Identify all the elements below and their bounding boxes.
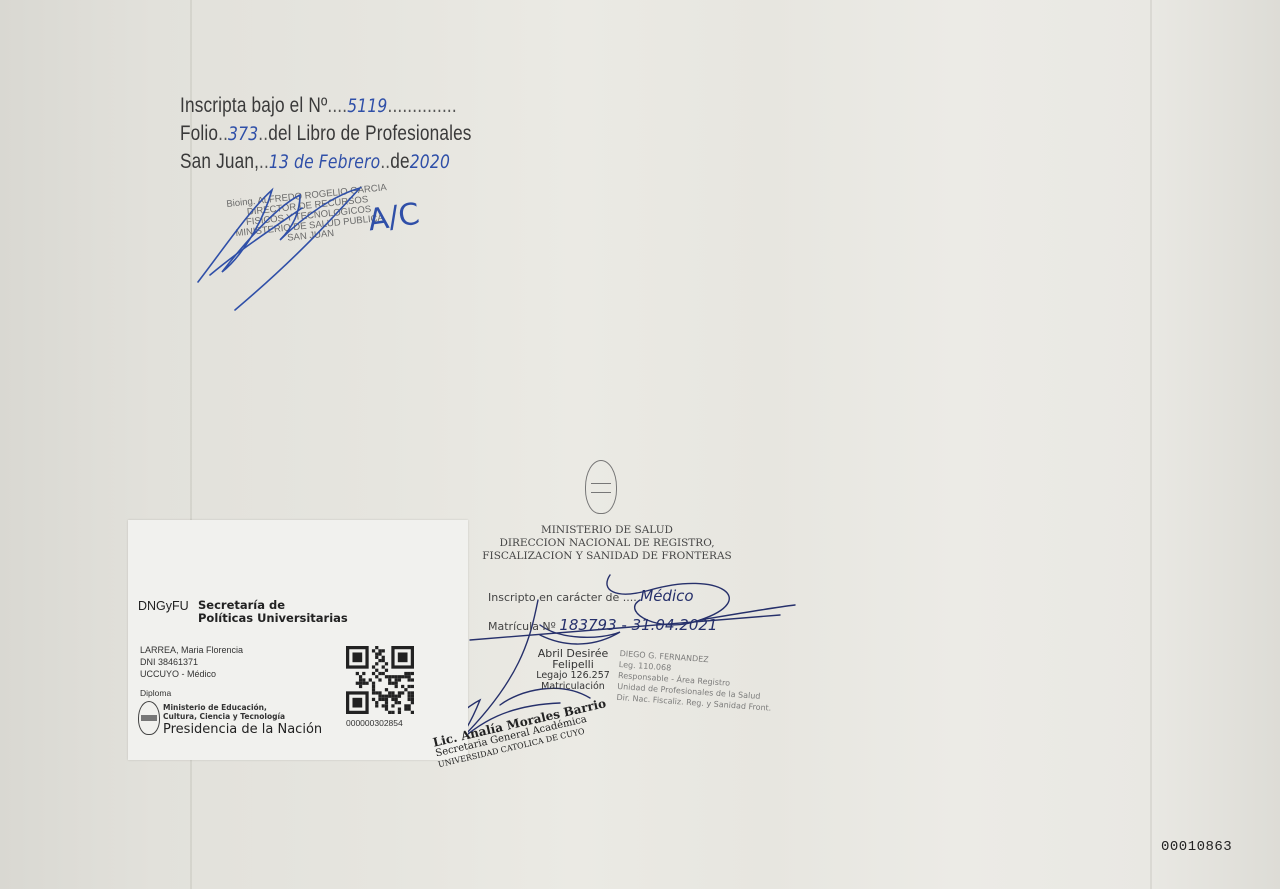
ac-annotation: A/C: [366, 197, 422, 239]
qr-code-icon[interactable]: [346, 646, 414, 714]
stamp-label: Inscripta bajo el Nº: [180, 94, 327, 117]
folio-label: Folio: [180, 122, 218, 145]
ministerio-line1: MINISTERIO DE SALUD: [482, 524, 732, 537]
date-de-label: de: [390, 150, 409, 173]
ministry-name: Ministerio de Educación, Cultura, Cienci…: [163, 703, 285, 721]
national-coat-of-arms-icon: [585, 460, 617, 514]
date-de: de: [294, 151, 314, 173]
city-label: San Juan,: [180, 150, 259, 173]
ministerio-salud-stamp: MINISTERIO DE SALUD DIRECCION NACIONAL D…: [482, 524, 732, 563]
matricula-field: Matrícula Nº 183793 - 31.04.2021: [488, 616, 717, 634]
inscripto-field: Inscripto en carácter de .... Médico: [488, 587, 694, 605]
signer-area: Matriculación: [518, 681, 628, 692]
folio-number: 373: [228, 123, 258, 145]
ministerio-line2: DIRECCION NACIONAL DE REGISTRO,: [482, 537, 732, 550]
responsable-stamp: DIEGO G. FERNANDEZ Leg. 110.068 Responsa…: [616, 648, 775, 714]
registration-number: 5119: [347, 95, 387, 117]
matricula-label: Matrícula Nº: [488, 620, 556, 633]
page-number: 00010863: [1161, 839, 1232, 855]
paper-fold: [1150, 0, 1152, 889]
registration-stamp: Inscripta bajo el Nº....5119............…: [180, 92, 472, 176]
ministerio-line3: FISCALIZACION Y SANIDAD DE FRONTERAS: [482, 550, 732, 563]
graduate-name: LARREA, Maria Florencia: [140, 644, 243, 656]
ministry-line1: Ministerio de Educación,: [163, 703, 285, 712]
graduate-dni: DNI 38461371: [140, 656, 243, 668]
graduate-info: LARREA, Maria Florencia DNI 38461371 UCC…: [140, 644, 243, 680]
org-code: DNGyFU: [138, 599, 189, 613]
date-month: Febrero: [319, 151, 381, 173]
inscripto-label: Inscripto en carácter de: [488, 591, 619, 604]
diploma-serial: 000000302854: [346, 718, 403, 728]
diploma-label-card: DNGyFU Secretaría de Políticas Universit…: [128, 520, 468, 760]
secretaria-line2: Políticas Universitarias: [198, 612, 348, 625]
signer-name: Abril Desirée Felipelli: [518, 648, 628, 670]
graduate-career: UCCUYO - Médico: [140, 668, 243, 680]
presidency-name: Presidencia de la Nación: [163, 722, 322, 737]
ministry-line2: Cultura, Ciencia y Tecnología: [163, 712, 285, 721]
document-type: Diploma: [140, 688, 171, 698]
signer-legajo: Legajo 126.257: [518, 670, 628, 681]
inscripto-value: Médico: [640, 587, 693, 605]
matricula-value: 183793 - 31.04.2021: [559, 616, 717, 634]
secretaria-title: Secretaría de Políticas Universitarias: [198, 599, 348, 625]
signer-stamp: Abril Desirée Felipelli Legajo 126.257 M…: [518, 648, 628, 692]
book-label: del Libro de Profesionales: [268, 122, 471, 145]
date-day: 13: [269, 151, 289, 173]
date-year: 2020: [410, 151, 450, 173]
director-stamp: Bioing. ALFREDO ROGELIO GARCIA DIRECTOR …: [226, 183, 391, 250]
coat-of-arms-icon: [138, 701, 160, 735]
